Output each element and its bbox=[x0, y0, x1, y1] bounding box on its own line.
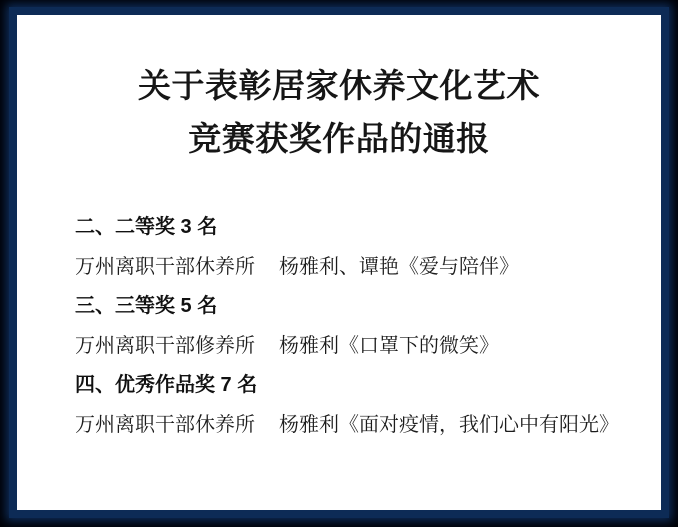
document-title-line1: 关于表彰居家休养文化艺术 bbox=[17, 59, 661, 112]
winner-work-text: 杨雅利《口罩下的微笑》 bbox=[279, 335, 499, 357]
award-section-heading: 四、优秀作品奖 7 名 bbox=[75, 366, 637, 406]
document-frame: 关于表彰居家休养文化艺术 竞赛获奖作品的通报 二、二等奖 3 名 万州离职干部休… bbox=[0, 0, 678, 527]
award-entry: 万州离职干部修养所杨雅利《口罩下的微笑》 bbox=[75, 327, 637, 367]
document-page: 关于表彰居家休养文化艺术 竞赛获奖作品的通报 二、二等奖 3 名 万州离职干部休… bbox=[9, 7, 669, 518]
organization-text: 万州离职干部休养所 bbox=[75, 256, 255, 278]
organization-text: 万州离职干部休养所 bbox=[75, 414, 255, 436]
award-section-heading: 三、三等奖 5 名 bbox=[75, 287, 637, 327]
award-section-excellent-work: 四、优秀作品奖 7 名 万州离职干部休养所杨雅利《面对疫情，我们心中有阳光》 bbox=[75, 366, 637, 445]
award-section-heading: 二、二等奖 3 名 bbox=[75, 208, 637, 248]
award-section-third-prize: 三、三等奖 5 名 万州离职干部修养所杨雅利《口罩下的微笑》 bbox=[75, 287, 637, 366]
award-section-second-prize: 二、二等奖 3 名 万州离职干部休养所杨雅利、谭艳《爱与陪伴》 bbox=[75, 208, 637, 287]
award-entry: 万州离职干部休养所杨雅利、谭艳《爱与陪伴》 bbox=[75, 248, 637, 288]
award-sections: 二、二等奖 3 名 万州离职干部休养所杨雅利、谭艳《爱与陪伴》 三、三等奖 5 … bbox=[17, 208, 661, 445]
document-title: 关于表彰居家休养文化艺术 竞赛获奖作品的通报 bbox=[17, 59, 661, 165]
document-title-line2: 竞赛获奖作品的通报 bbox=[17, 112, 661, 165]
organization-text: 万州离职干部修养所 bbox=[75, 335, 255, 357]
award-entry: 万州离职干部休养所杨雅利《面对疫情，我们心中有阳光》 bbox=[75, 406, 637, 446]
winner-work-text: 杨雅利、谭艳《爱与陪伴》 bbox=[279, 256, 519, 278]
winner-work-text: 杨雅利《面对疫情，我们心中有阳光》 bbox=[279, 414, 619, 436]
